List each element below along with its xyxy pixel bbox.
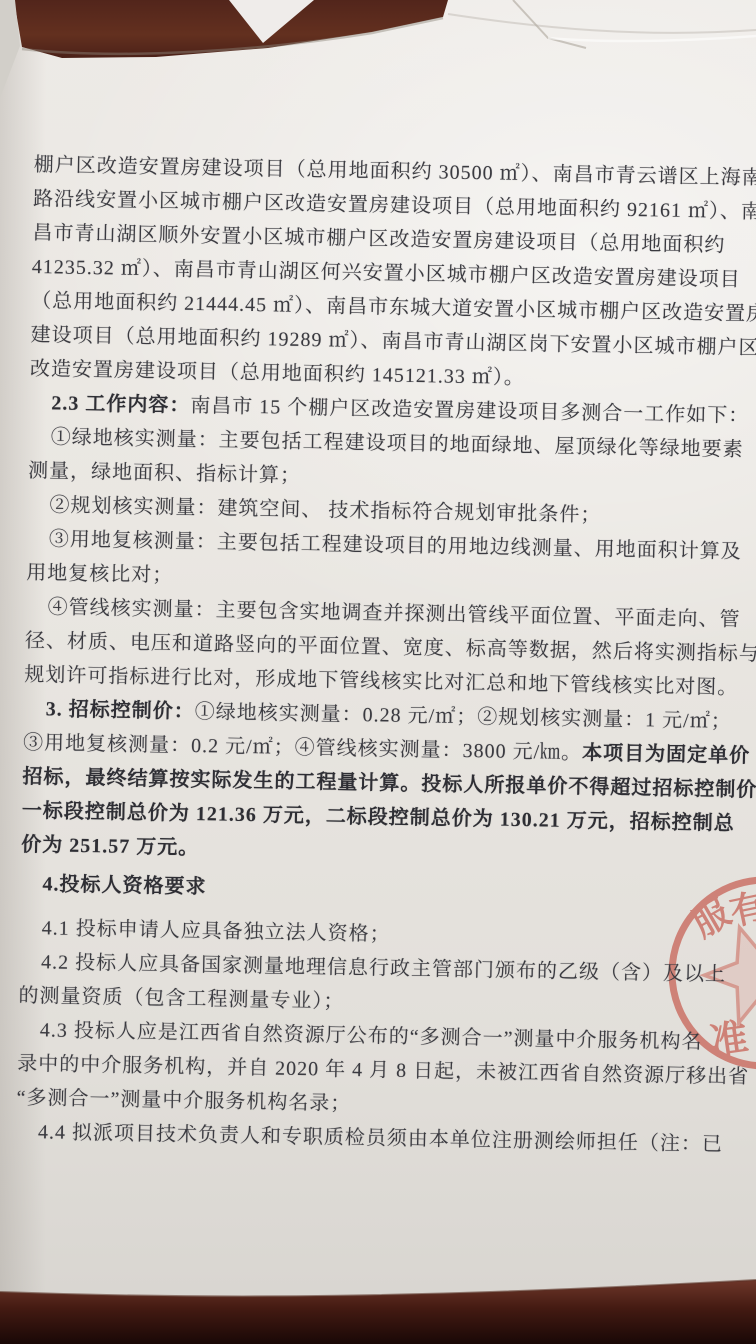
doc-line-segment: ②规划核实测量：建筑空间、 技术指标符合规划审批条件； [49,494,601,526]
doc-line-segment: 用地复核比对； [26,562,173,587]
doc-line-segment: 的测量资质（包含工程测量专业）； [18,985,344,1013]
doc-line-segment: 改造安置房建设项目（总用地面积约 145121.33 ㎡）。 [30,358,525,389]
doc-line-segment: 4.投标人资格要求 [42,873,206,898]
doc-line-segment: ①绿地核实测量：0.28 元/㎡；②规划核实测量：1 元/㎡； [194,701,731,733]
crease-line-faint [448,14,756,33]
table-bottom-edge [0,1250,756,1344]
doc-line-segment: 南昌市 15 个棚户区改造安置房建设项目多测合一工作如下： [190,395,749,427]
doc-line-segment: 3. 招标控制价： [46,698,195,723]
doc-line-segment: ③用地复核测量：0.2 元/㎡；④管线核实测量：3800 元/㎞。 [23,732,582,764]
doc-line-segment: 本项目为固定单价 [582,742,750,767]
doc-line-segment: 4.1 投标申请人应具备独立法人资格； [42,917,391,945]
doc-line-segment: 4.4 拟派项目技术负责人和专职质检员须由本单位注册测绘师担任（注：已 [38,1121,723,1156]
photographed-document: 服 有 准 棚户区改造安置房建设项目（总用地面积约 30500 ㎡）、南昌市青云… [0,0,756,1344]
doc-line-segment: 价为 251.57 万元。 [21,834,199,859]
table-top-edge [0,0,756,140]
doc-text: 棚户区改造安置房建设项目（总用地面积约 30500 ㎡）、南昌市青云谱区上海南路… [16,148,724,1161]
doc-line-segment: 测量，绿地面积、指标计算； [28,460,301,487]
section-heading: 4.投标人资格要求 [20,867,711,914]
crease-line-horizontal [548,36,756,41]
stamp-char-bottom: 准 [707,1017,750,1064]
doc-line-segment: “多测合一”测量中介服务机构名录； [16,1087,351,1115]
table-surface [0,1280,756,1344]
doc-line-segment: 2.3 工作内容： [51,392,190,417]
